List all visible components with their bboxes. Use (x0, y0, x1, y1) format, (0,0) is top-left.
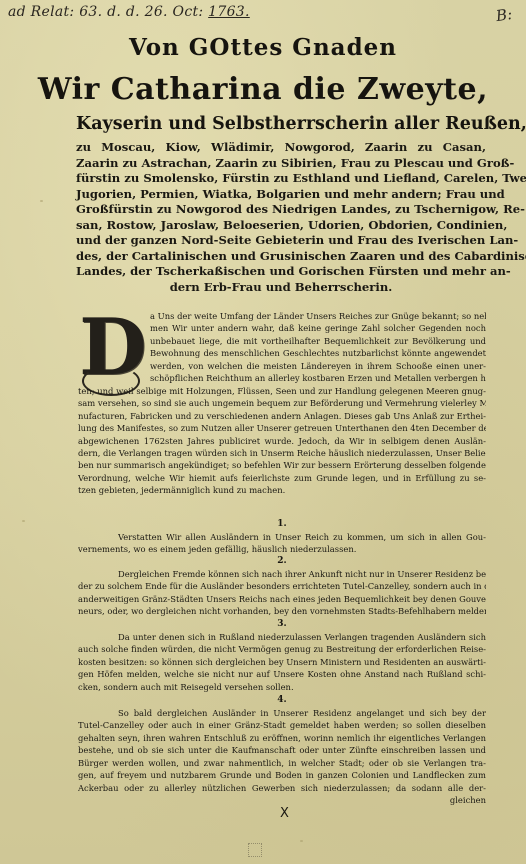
text-line: Dergleichen Fremde können sich nach ihre… (118, 568, 486, 580)
annotation-year: 1763. (208, 4, 250, 20)
text-line: lung des Manifestes, so zum Nutzen aller… (78, 422, 486, 434)
title-line: Jugorien, Permien, Wiatka, Bolgarien und… (76, 187, 486, 203)
section-number: 1. (78, 518, 486, 531)
text-line: So bald dergleichen Ausländer in Unserer… (118, 707, 486, 719)
section-number: 4. (78, 694, 486, 707)
text-line: gen, auf freyem und nutzbarem Grunde und… (78, 769, 486, 781)
text-line: Da unter denen sich in Rußland niederzul… (118, 631, 486, 643)
text-line: der zu solchem Ende für die Ausländer be… (78, 580, 486, 592)
text-line: bestehe, und ob sie sich unter die Kaufm… (78, 744, 486, 756)
text-line: abgewichenen 1762sten Jahres publiciret … (78, 435, 486, 447)
text-line: unbebauet liege, die mit vortheilhafter … (150, 335, 486, 347)
section-number: 3. (78, 618, 486, 631)
imperial-titles: zu Moscau, Kiow, Wlädimir, Nowgorod, Zaa… (76, 140, 486, 295)
section-3: 3. Da unter denen sich in Rußland nieder… (78, 616, 486, 693)
title-line: zu Moscau, Kiow, Wlädimir, Nowgorod, Zaa… (76, 140, 486, 156)
section-number: 2. (78, 555, 486, 568)
text-line: kosten besitzen: so können sich dergleic… (78, 656, 486, 668)
text-line: men Wir unter andern wahr, daß keine ger… (150, 322, 486, 334)
text-line: Bewohnung des menschlichen Geschlechtes … (150, 347, 486, 359)
heading-by-grace-of-god: Von GOttes Gnaden (0, 34, 526, 61)
title-line: Landes, der Tscherkaßischen und Gorische… (76, 264, 486, 280)
title-line: fürstin zu Smolensko, Fürstin zu Esthlan… (76, 171, 486, 187)
text-line: gehalten seyn, ihren wahren Entschluß zu… (78, 732, 486, 744)
text-line: Bürger werden wollen, und zwar nahmentli… (78, 757, 486, 769)
text-line: anderweitigen Gränz-Städten Unsers Reich… (78, 593, 486, 605)
printer-signature-mark: X (280, 806, 289, 821)
section-4: 4. So bald dergleichen Ausländer in Unse… (78, 692, 486, 807)
text-line: sam versehen, so sind sie auch ungemein … (78, 397, 486, 409)
annotation-text: ad Relat: 63. d. d. 26. Oct: (8, 4, 208, 20)
text-line: Ackerbau oder zu allerley nützlichen Gew… (78, 782, 486, 794)
text-line: werden, von welchen die meisten Länderey… (150, 360, 486, 372)
paper-stain (300, 840, 303, 842)
title-line: Großfürstin zu Nowgorod des Niedrigen La… (76, 202, 486, 218)
title-line: und der ganzen Nord-Seite Gebieterin und… (76, 233, 486, 249)
text-line: Tutel-Canzelley oder auch in einer Gränz… (78, 719, 486, 731)
text-line: tzen gebieten, jedermänniglich kund zu m… (78, 484, 486, 496)
text-line: schöpflichen Reichthum an allerley kostb… (150, 372, 486, 384)
title-line: des, der Cartalinischen und Grusinischen… (76, 249, 486, 265)
library-stamp-icon (248, 843, 262, 857)
text-line: ten; und weil selbige mit Holzungen, Flü… (78, 385, 486, 397)
heading-empress: Kayserin und Selbstherrscherin aller Reu… (76, 114, 486, 134)
title-line: san, Rostow, Jaroslaw, Beloeserien, Udor… (76, 218, 486, 234)
handwritten-annotation: ad Relat: 63. d. d. 26. Oct: 1763. (8, 4, 250, 20)
text-line: nufacturen, Fabricken und zu verschieden… (78, 410, 486, 422)
catchword: gleichen (78, 794, 486, 806)
paper-stain (40, 200, 43, 202)
title-line: dern Erb-Frau und Beherrscherin. (76, 280, 486, 296)
text-line: ben nur summarisch angekündiget; so befe… (78, 459, 486, 471)
text-line: dern, die Verlangen tragen würden sich i… (78, 447, 486, 459)
text-line: Verordnung, welche Wir hiemit aufs feier… (78, 472, 486, 484)
handwritten-mark: B: (495, 5, 513, 25)
text-line: gen Höfen melden, welche sie nicht nur a… (78, 668, 486, 680)
section-2: 2. Dergleichen Fremde können sich nach i… (78, 553, 486, 618)
paper-stain (22, 520, 25, 522)
text-line: Verstatten Wir allen Ausländern in Unser… (118, 531, 486, 543)
text-line: a Uns der weite Umfang der Länder Unsers… (150, 310, 486, 322)
heading-catherine: Wir Catharina die Zweyte, (0, 72, 526, 107)
text-line: auch solche finden würden, die nicht Ver… (78, 643, 486, 655)
manifesto-page: ad Relat: 63. d. d. 26. Oct: 1763. B: Vo… (0, 0, 526, 864)
section-1: 1. Verstatten Wir allen Ausländern in Un… (78, 516, 486, 556)
title-line: Zaarin zu Astrachan, Zaarin zu Sibirien,… (76, 156, 486, 172)
preamble-paragraph: a Uns der weite Umfang der Länder Unsers… (78, 310, 486, 497)
